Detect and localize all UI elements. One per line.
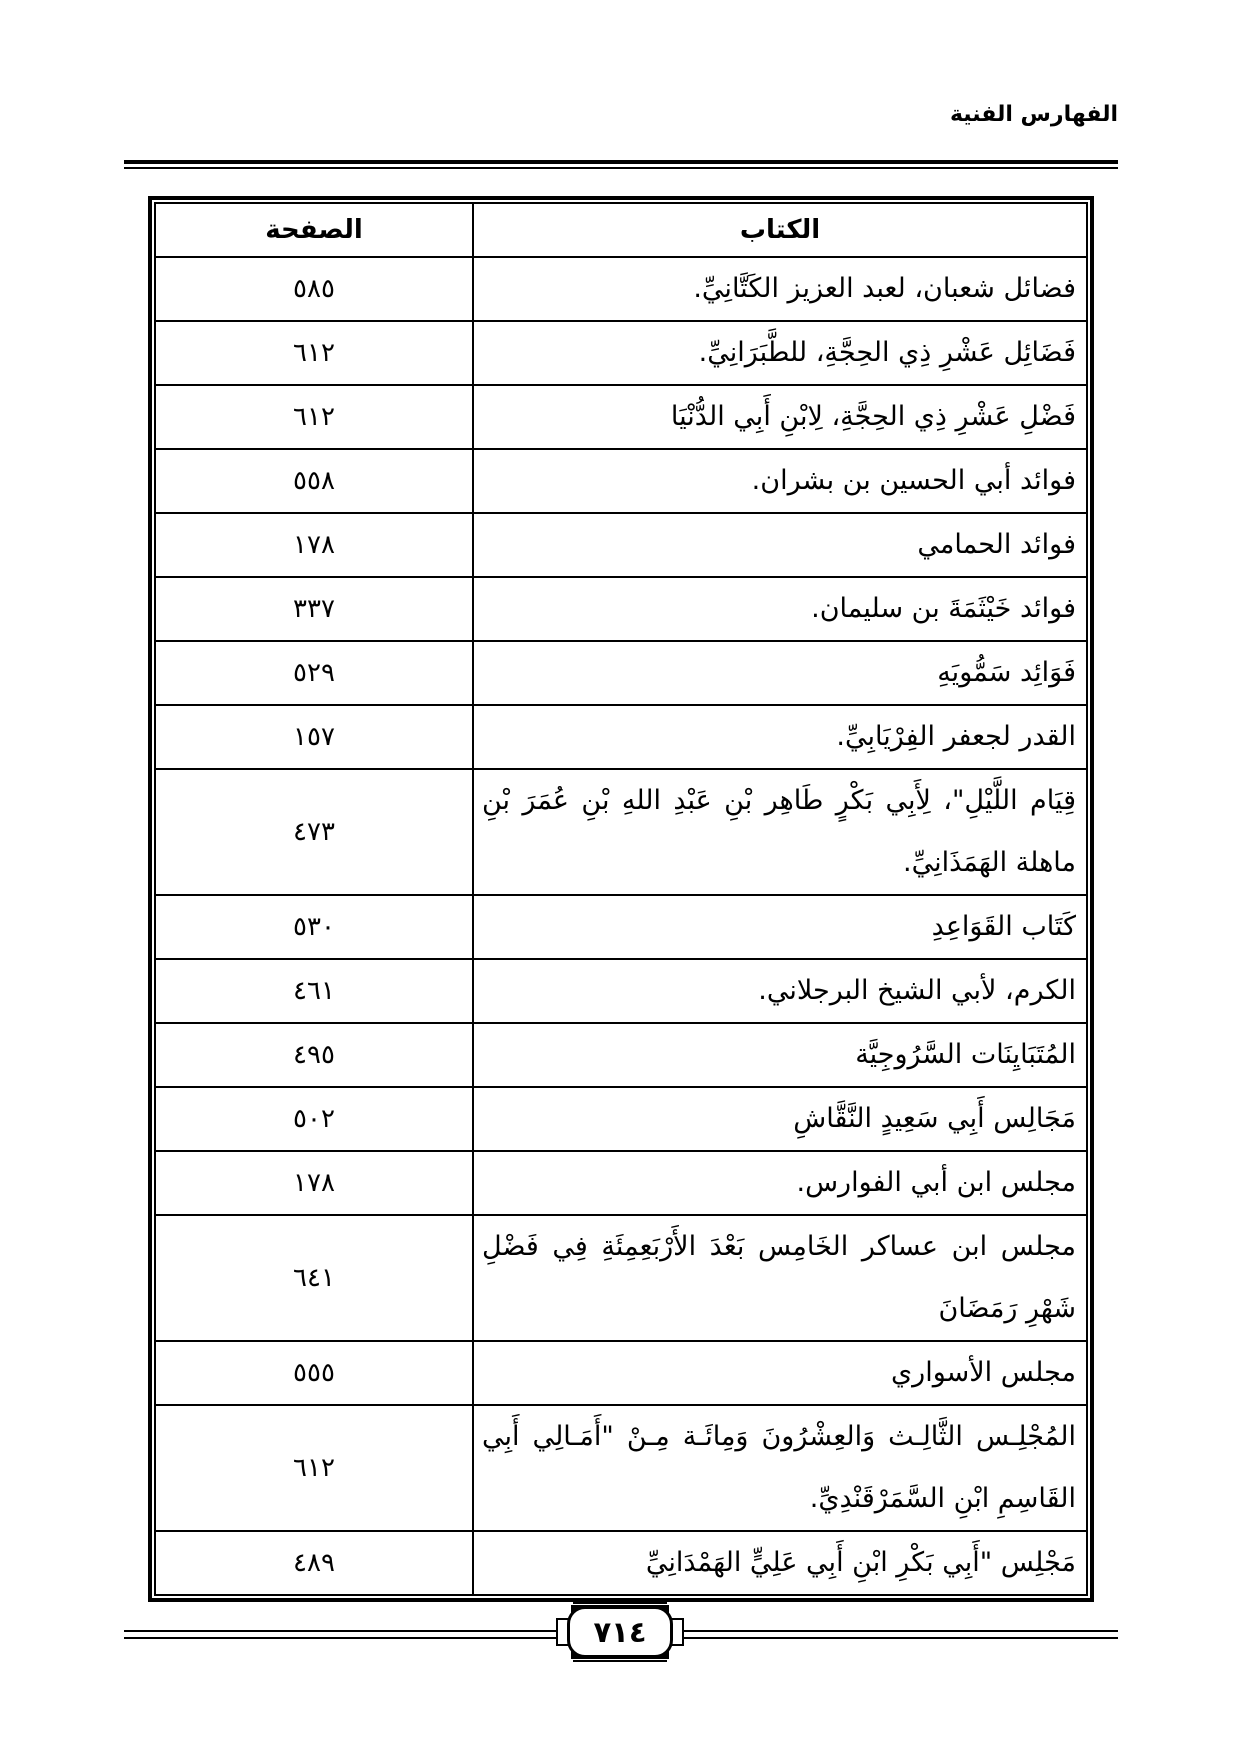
book-title: فوائد الحمامي	[482, 514, 1076, 576]
book-title: القدر لجعفر الفِرْيَابِيِّ.	[482, 706, 1076, 768]
book-title: فضائل شعبان، لعبد العزيز الكَتَّانِيِّ.	[482, 258, 1076, 320]
table-row: ٦٤١ مجلس ابن عساكر الخَامِس بَعْدَ الأَر…	[156, 1216, 1086, 1342]
page-number: ٥٥٥	[156, 1342, 472, 1404]
page-number: ٥٢٩	[156, 642, 472, 704]
page-number: ٦١٢	[156, 1406, 472, 1530]
book-title: قِيَام اللَّيْلِ"، لِأَبِي بَكْرٍ طَاهِر…	[482, 770, 1076, 894]
table-header-row: الصفحة الكتاب	[156, 204, 1086, 258]
book-title: فَضَائِل عَشْرِ ذِي الحِجَّةِ، للطَّبَرَ…	[482, 322, 1076, 384]
table-header-book: الكتاب	[472, 204, 1086, 256]
book-title: فَوَائِد سَمُّويَهِ	[482, 642, 1076, 704]
page-number: ٣٣٧	[156, 578, 472, 640]
page-number: ٤٨٩	[156, 1532, 472, 1594]
table-row: ٥٥٥ مجلس الأسواري	[156, 1342, 1086, 1406]
table-row: ٦١٢ المُجْلِـس الثَّالِـث وَالعِشْرُونَ …	[156, 1406, 1086, 1532]
header-rule	[124, 160, 1118, 169]
page-number: ٦١٢	[156, 386, 472, 448]
book-title: مجلس الأسواري	[482, 1342, 1076, 1404]
book-title: كَتَاب القَوَاعِدِ	[482, 896, 1076, 958]
book-index-table: الصفحة الكتاب ٥٨٥ فضائل شعبان، لعبد العز…	[148, 196, 1094, 1602]
table-row: ٤٧٣ قِيَام اللَّيْلِ"، لِأَبِي بَكْرٍ طَ…	[156, 770, 1086, 896]
page-number: ٥٠٢	[156, 1088, 472, 1150]
book-title: المُتَبَايِنَات السَّرُوجِيَّة	[482, 1024, 1076, 1086]
book-title: فوائد أبي الحسين بن بشران.	[482, 450, 1076, 512]
page-number: ٤٩٥	[156, 1024, 472, 1086]
page-number: ٤٧٣	[156, 770, 472, 894]
page-number: ٦١٢	[156, 322, 472, 384]
footer-page-number: ٧١٤	[593, 1615, 646, 1649]
table-row: ١٧٨ فوائد الحمامي	[156, 514, 1086, 578]
table-row: ٤٩٥ المُتَبَايِنَات السَّرُوجِيَّة	[156, 1024, 1086, 1088]
book-title: مَجَالِس أَبِي سَعِيدٍ النَّقَّاشِ	[482, 1088, 1076, 1150]
page-number: ١٧٨	[156, 514, 472, 576]
table-row: ١٥٧ القدر لجعفر الفِرْيَابِيِّ.	[156, 706, 1086, 770]
table-row: ٥٥٨ فوائد أبي الحسين بن بشران.	[156, 450, 1086, 514]
book-title: مجلس ابن عساكر الخَامِس بَعْدَ الأَرْبَع…	[482, 1216, 1076, 1340]
page-number-cartouche: ٧١٤	[557, 1602, 683, 1662]
page-number: ١٧٨	[156, 1152, 472, 1214]
table-row: ٥٨٥ فضائل شعبان، لعبد العزيز الكَتَّانِي…	[156, 258, 1086, 322]
table-row: ٥٠٢ مَجَالِس أَبِي سَعِيدٍ النَّقَّاشِ	[156, 1088, 1086, 1152]
table-row: ٤٨٩ مَجْلِس "أَبِي بَكْرِ ابْنِ أَبِي عَ…	[156, 1532, 1086, 1594]
page-number: ٥٣٠	[156, 896, 472, 958]
table-row: ٣٣٧ فوائد خَيْثَمَةَ بن سليمان.	[156, 578, 1086, 642]
book-title: فَضْلِ عَشْرِ ذِي الحِجَّةِ، لِابْنِ أَب…	[482, 386, 1076, 448]
table-row: ١٧٨ مجلس ابن أبي الفوارس.	[156, 1152, 1086, 1216]
page-number: ٥٨٥	[156, 258, 472, 320]
book-title: مجلس ابن أبي الفوارس.	[482, 1152, 1076, 1214]
book-title: فوائد خَيْثَمَةَ بن سليمان.	[482, 578, 1076, 640]
table-row: ٦١٢ فَضَائِل عَشْرِ ذِي الحِجَّةِ، للطَّ…	[156, 322, 1086, 386]
book-title: مَجْلِس "أَبِي بَكْرِ ابْنِ أَبِي عَلِيٍ…	[482, 1532, 1076, 1594]
table-row: ٥٣٠ كَتَاب القَوَاعِدِ	[156, 896, 1086, 960]
table-row: ٦١٢ فَضْلِ عَشْرِ ذِي الحِجَّةِ، لِابْنِ…	[156, 386, 1086, 450]
table-row: ٥٢٩ فَوَائِد سَمُّويَهِ	[156, 642, 1086, 706]
book-title: المُجْلِـس الثَّالِـث وَالعِشْرُونَ وَمِ…	[482, 1406, 1076, 1530]
table-row: ٤٦١ الكرم، لأبي الشيخ البرجلاني.	[156, 960, 1086, 1024]
page-number: ٥٥٨	[156, 450, 472, 512]
page-number: ٤٦١	[156, 960, 472, 1022]
section-header: الفهارس الفنية	[950, 102, 1118, 127]
page-number: ٦٤١	[156, 1216, 472, 1340]
book-title: الكرم، لأبي الشيخ البرجلاني.	[482, 960, 1076, 1022]
table-header-page: الصفحة	[156, 204, 472, 256]
page-number: ١٥٧	[156, 706, 472, 768]
